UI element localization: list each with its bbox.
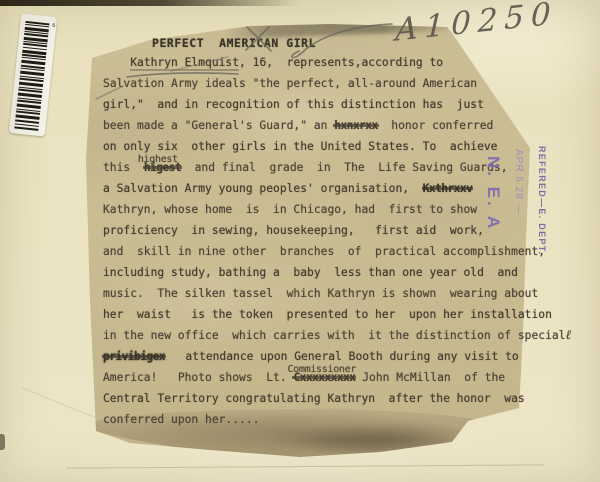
struck-word: hxnxrxx bbox=[334, 119, 377, 132]
refered-dept-stamp: REFERED—E. DEPT. bbox=[537, 146, 547, 255]
nea-agency-stamp: N. E. A bbox=[483, 156, 503, 231]
caption-line: in the new office which carries with it … bbox=[103, 325, 533, 346]
caption-line: including study, bathing a baby less tha… bbox=[103, 262, 533, 283]
typed-text: ℓ bbox=[566, 328, 571, 343]
caption-line: been made a "General's Guard," an hxnxrx… bbox=[103, 115, 533, 136]
caption-line: this highesthigest and final grade in Th… bbox=[103, 157, 533, 178]
barcode-icon: 6 bbox=[9, 13, 57, 136]
caption-line: music. The silken tassel which Kathryn i… bbox=[103, 283, 533, 304]
typed-text: Salvation Army ideals "the perfect, all-… bbox=[103, 77, 477, 90]
struck-word: Cxxxxxxxxx bbox=[293, 371, 355, 384]
photo-backing: PERFECT AMERICAN GIRL Kathryn Elmquist, … bbox=[0, 0, 600, 482]
typed-text: honor conferred bbox=[378, 119, 494, 132]
typed-caption: Kathryn Elmquist, 16, represents,accordi… bbox=[103, 52, 533, 430]
typed-text: America! Photo shows Lt. bbox=[103, 371, 293, 384]
typed-text: John McMillan of the bbox=[355, 371, 505, 384]
typed-text: Kathryn, whose home is in Chicago, had f… bbox=[103, 203, 477, 216]
caption-line: Central Territory congratulating Kathryn… bbox=[103, 388, 533, 409]
typed-text: her waist is the token presented to her … bbox=[103, 308, 552, 321]
scan-edge-top bbox=[0, 0, 300, 6]
typed-text: conferred upon her..... bbox=[103, 413, 259, 426]
caption-line: Kathryn, whose home is in Chicago, had f… bbox=[103, 199, 533, 220]
svg-text:6: 6 bbox=[52, 23, 56, 29]
caption-line: Kathryn Elmquist, 16, represents,accordi… bbox=[103, 52, 533, 73]
struck-word: privibigex bbox=[103, 350, 165, 363]
caption-line: America! Photo shows Lt. CommissionerCxx… bbox=[103, 367, 533, 388]
typed-text: including study, bathing a baby less tha… bbox=[103, 266, 518, 279]
typed-text: girl," and in recognition of this distin… bbox=[103, 98, 484, 111]
typed-text: music. The silken tassel which Kathryn i… bbox=[103, 287, 538, 300]
struck-word: higest bbox=[144, 161, 181, 174]
typed-text: proficiency in sewing, housekeeping, fir… bbox=[103, 224, 484, 237]
typed-text: and final grade in The Life Saving Guard… bbox=[181, 161, 507, 174]
typed-text: a Salvation Army young peoples' organisa… bbox=[103, 182, 423, 195]
typed-text: been made a "General's Guard," an bbox=[103, 119, 334, 132]
typed-text: Central Territory congratulating Kathryn… bbox=[103, 392, 525, 405]
caption-line: proficiency in sewing, housekeeping, fir… bbox=[103, 220, 533, 241]
scan-edge-nick bbox=[0, 434, 5, 450]
typed-text: and skill in nine other branches of prac… bbox=[103, 245, 545, 258]
caption-line: her waist is the token presented to her … bbox=[103, 304, 533, 325]
caption-line: a Salvation Army young peoples' organisa… bbox=[103, 178, 533, 199]
caption-line: conferred upon her..... bbox=[103, 409, 533, 430]
crease-line bbox=[66, 464, 544, 468]
date-stamp: APR 5 28 — bbox=[513, 149, 524, 215]
struck-word: Kxthrxxv bbox=[423, 182, 473, 195]
caption-line: girl," and in recognition of this distin… bbox=[103, 94, 533, 115]
correction-group: highesthigest bbox=[144, 161, 181, 174]
caption-title: PERFECT AMERICAN GIRL bbox=[152, 36, 316, 50]
caption-line: Salvation Army ideals "the perfect, all-… bbox=[103, 73, 533, 94]
correction-group: CommissionerCxxxxxxxxx bbox=[293, 371, 355, 384]
handwritten-id: A10250 bbox=[395, 0, 558, 49]
typed-text: Kathryn Elmquist bbox=[130, 56, 239, 71]
typed-text: in the new office which carries with it … bbox=[103, 329, 566, 342]
typed-text bbox=[103, 56, 130, 69]
typed-text: , 16, represents,according to bbox=[239, 56, 443, 69]
caption-line: and skill in nine other branches of prac… bbox=[103, 241, 533, 262]
barcode-sticker: 6 bbox=[9, 13, 57, 136]
